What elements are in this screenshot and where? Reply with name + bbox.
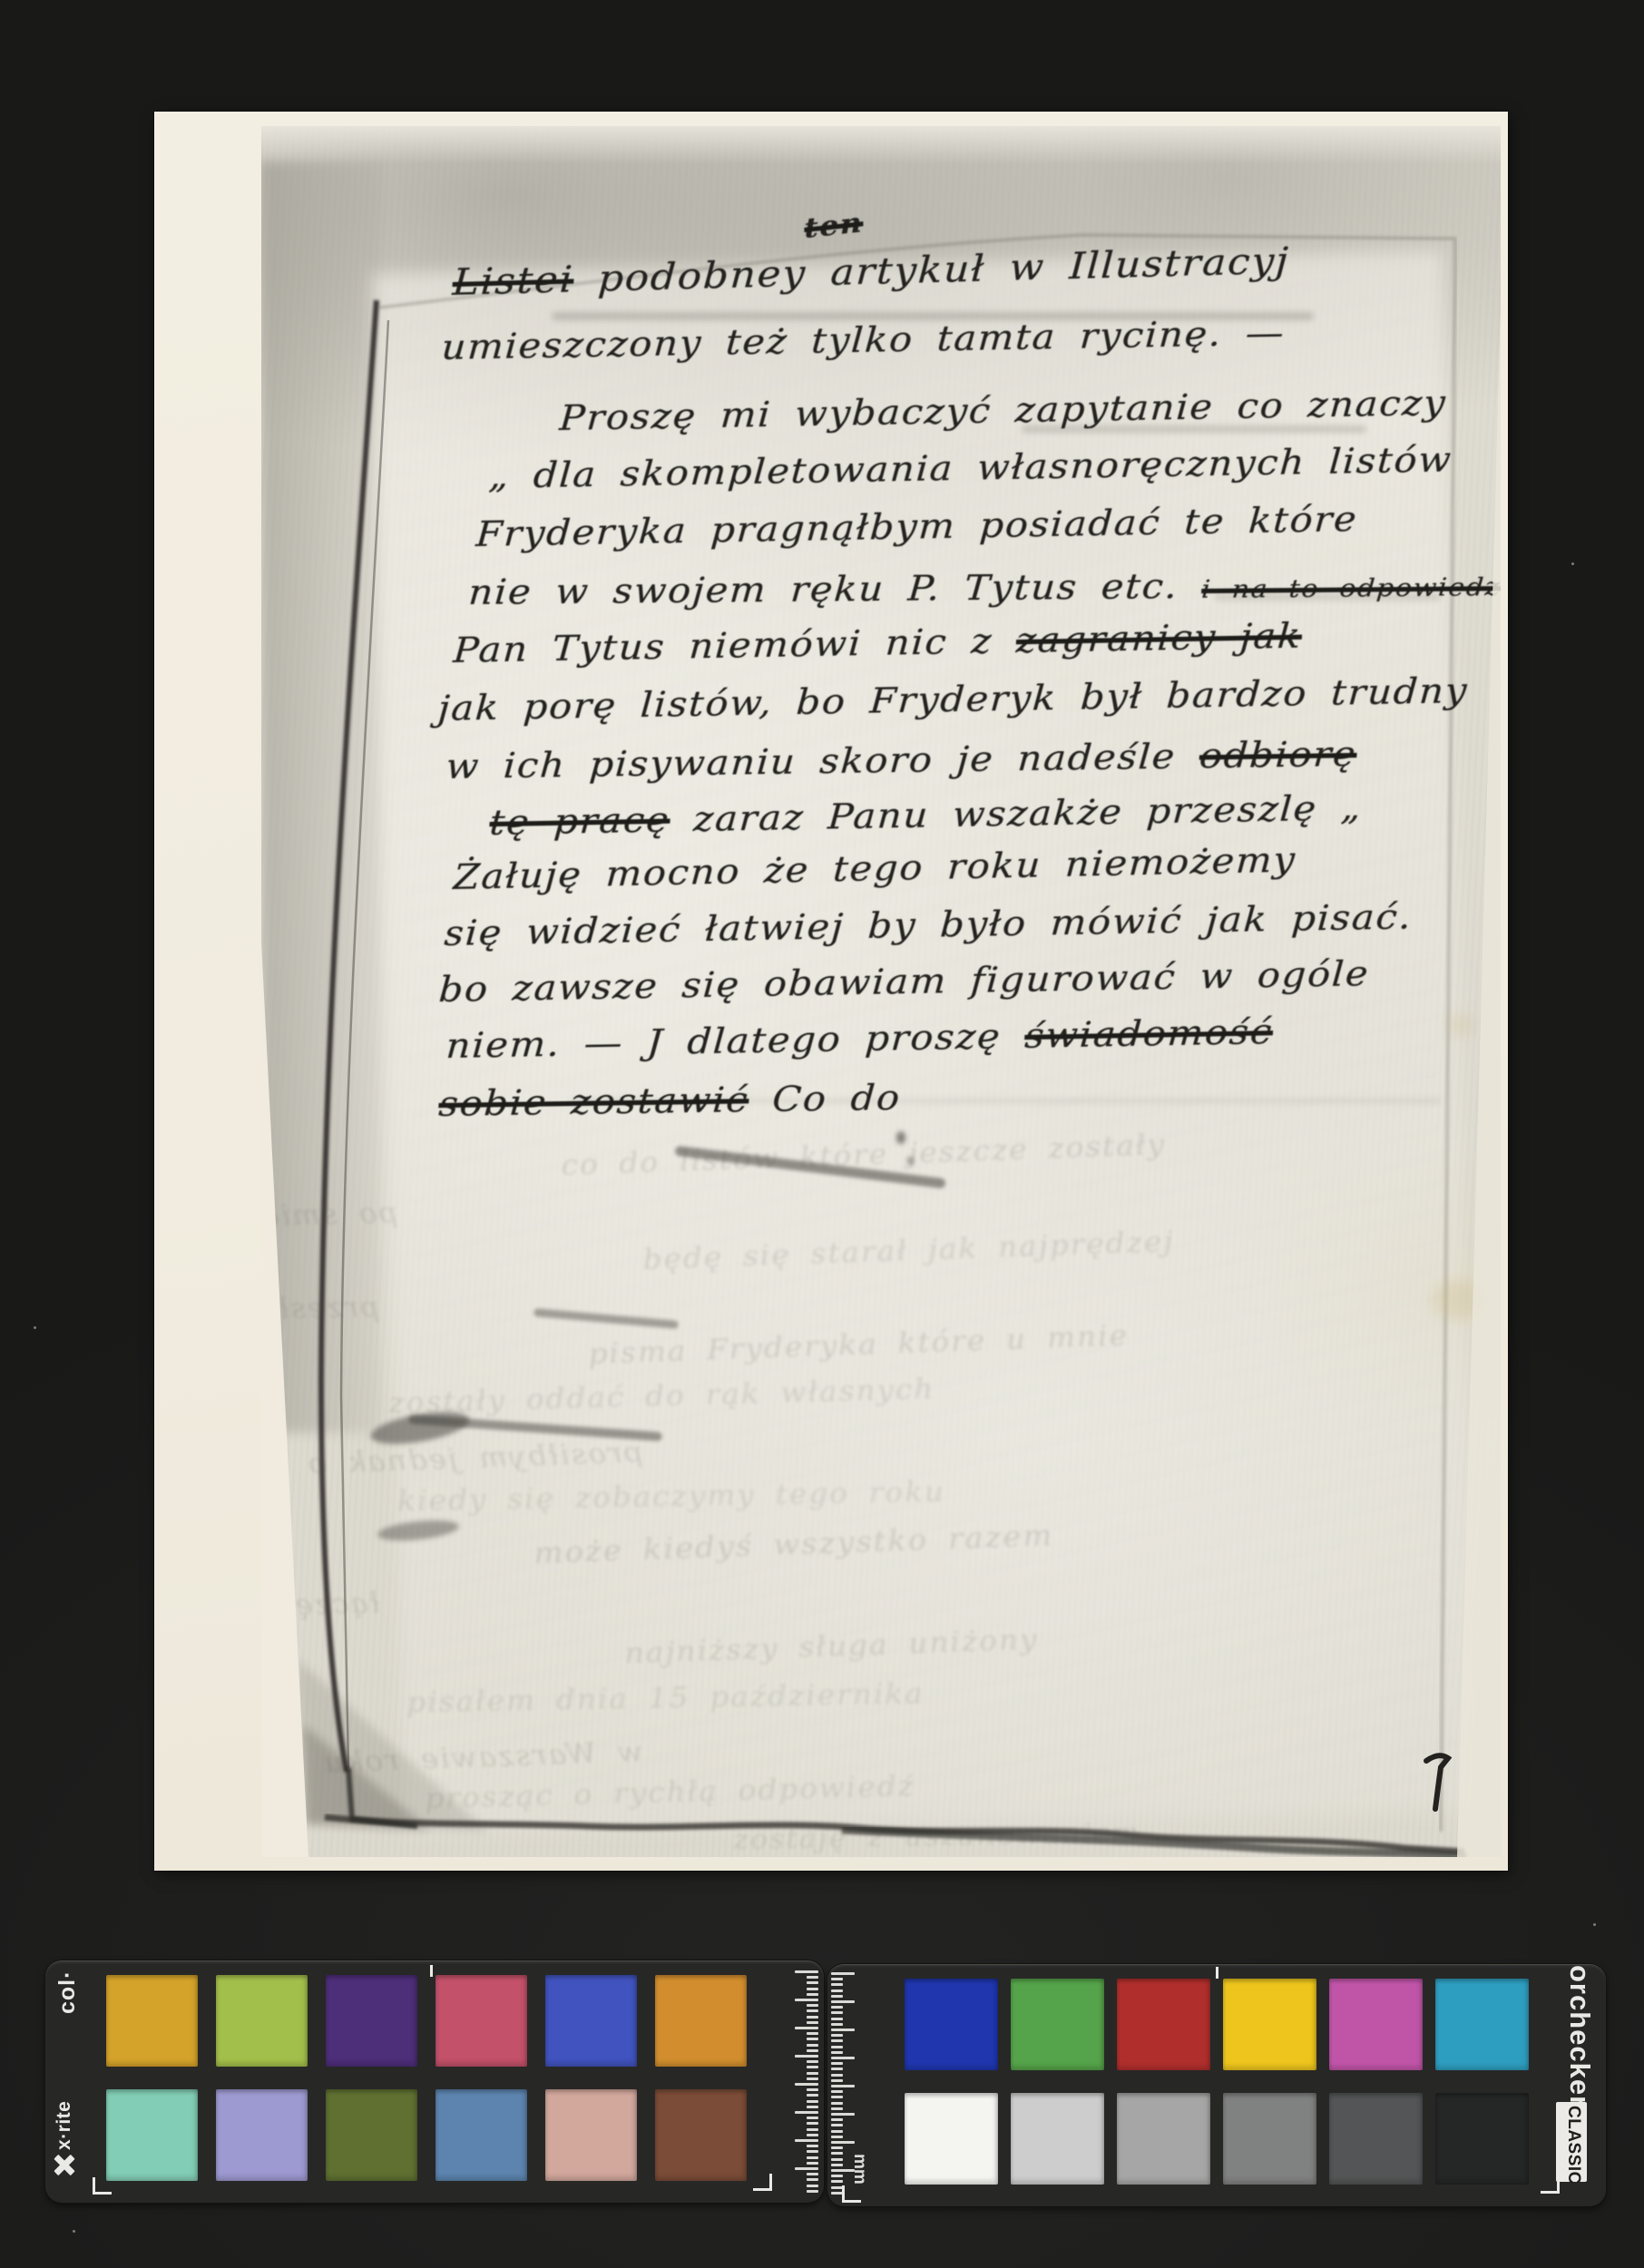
ruler-tick (831, 2096, 843, 2098)
patch-neutral-8 (1011, 2093, 1104, 2185)
ruler-tick (795, 2167, 818, 2170)
ruler-tick (807, 2009, 818, 2012)
colorchecker-left-half: col· x·rite (45, 1960, 824, 2203)
ruler-tick (795, 2083, 818, 2086)
patch-white (905, 2093, 998, 2185)
ruler-tick (831, 2113, 855, 2116)
ruler-tick (831, 2006, 843, 2009)
handwriting-line: ten (804, 207, 864, 245)
ruler-tick (831, 2051, 843, 2054)
ruler-tick (831, 2118, 843, 2121)
ruler-tick (807, 2178, 818, 2181)
ruler-tick (831, 2180, 843, 2183)
ruler-tick (807, 1993, 818, 1996)
patch-purple (326, 1975, 417, 2067)
dust-speck (34, 1326, 36, 1329)
patch-light-skin (545, 2089, 637, 2181)
registration-tick (430, 1965, 433, 1977)
ruler-tick (807, 2049, 818, 2052)
ruler-tick (831, 2057, 855, 2059)
ruler-tick (807, 2162, 818, 2165)
dust-speck (1571, 562, 1574, 565)
ruler-tick (807, 1976, 818, 1979)
patch-bluish-green (106, 2089, 198, 2181)
dust-speck (1593, 1923, 1596, 1926)
ruler-tick (807, 2128, 818, 2131)
ruler-tick (831, 2130, 843, 2133)
struck-text: i na to odpowiedzi (1200, 573, 1501, 604)
ruler-tick (831, 2102, 843, 2105)
ruler-tick (807, 2088, 818, 2091)
ruler-tick (831, 2186, 843, 2189)
classic-badge: CLASSIC (1556, 2102, 1587, 2182)
ruler-tick (807, 2173, 818, 2175)
handwritten-text: Co do (748, 1078, 902, 1119)
patch-red (1117, 1979, 1210, 2070)
ruler-tick (807, 2134, 818, 2136)
ruler-tick (807, 2066, 818, 2068)
struck-text: sobie zostawić (437, 1080, 750, 1124)
ruler-tick (831, 2141, 855, 2144)
ruler-tick (831, 2164, 843, 2166)
ruler-tick (831, 2011, 843, 2014)
patch-yellow-green (216, 1975, 308, 2067)
photo-paper: tenListei podobney artykuł w Illustracyj… (154, 112, 1508, 1871)
ruler-tick (807, 2072, 818, 2075)
ruler-tick (831, 2068, 843, 2070)
patch-foliage (326, 2089, 417, 2181)
ruler-tick (831, 2107, 843, 2110)
ruler-tick (831, 2152, 843, 2155)
patch-cyan (1435, 1979, 1529, 2070)
ruler-tick (807, 2004, 818, 2007)
ruler-tick (831, 1995, 843, 1998)
ruler-tick (807, 2106, 818, 2108)
ruler-tick (831, 2124, 843, 2126)
ruler-tick (831, 2018, 843, 2020)
patch-green (1011, 1979, 1104, 2070)
patch-dark-skin (655, 2089, 747, 2181)
corner-mark (1541, 2176, 1560, 2194)
patch-neutral-3-5 (1329, 2093, 1423, 2185)
patch-black (1435, 2093, 1529, 2185)
ruler-tick (831, 1972, 855, 1975)
ruler-tick (807, 2100, 818, 2103)
ruler-tick (831, 2192, 843, 2195)
archival-scan: tenListei podobney artykuł w Illustracyj… (0, 0, 1644, 2268)
ruler-tick (831, 2028, 855, 2031)
ruler-tick (831, 2062, 843, 2065)
xrite-logo-icon (54, 2154, 75, 2175)
patch-neutral-6-5 (1117, 2093, 1210, 2185)
classic-label: CLASSIC (1563, 2106, 1583, 2185)
corner-mark (842, 2185, 861, 2203)
ruler-tick (807, 2185, 818, 2187)
ruler-tick (831, 2169, 855, 2172)
patch-blue-sky (435, 2089, 527, 2181)
struck-text: Listei (452, 259, 575, 305)
ruler-tick (795, 2111, 818, 2114)
struck-text: tę pracę (488, 800, 670, 844)
patch-orange-yellow (106, 1975, 198, 2067)
ruler-tick (795, 2139, 818, 2142)
colorchecker-brand-partial-right: orchecker (1563, 1965, 1596, 2107)
ruler-tick (807, 2077, 818, 2080)
struck-text: odbiorę (1199, 734, 1358, 776)
ruler-tick (831, 2046, 843, 2048)
struck-text: zagranicy jak (1015, 616, 1303, 661)
patch-purplish-blue (545, 1975, 637, 2067)
ruler-tick (807, 2156, 818, 2159)
ruler-tick (831, 2023, 843, 2026)
ruler-tick (807, 2060, 818, 2063)
page-fold-line-2 (341, 320, 388, 1768)
patch-magenta (1329, 1979, 1423, 2070)
handwriting-line: sobie zostawić Co do (437, 1078, 902, 1124)
ruler-tick (831, 2175, 843, 2177)
ruler-tick (831, 2085, 855, 2087)
ruler-tick (795, 1999, 818, 2001)
ruler-tick (831, 1983, 843, 1986)
registration-tick (1216, 1967, 1218, 1979)
patch-moderate-red (435, 1975, 527, 2067)
ruler-tick (807, 1988, 818, 1990)
patch-blue (905, 1979, 998, 2070)
ruler-tick (807, 2150, 818, 2153)
xrite-brand-label: x·rite (54, 2101, 75, 2150)
ruler-tick (831, 2074, 843, 2077)
ink-mark-7 (1426, 1755, 1448, 1809)
ruler-tick (807, 2016, 818, 2019)
ruler-tick (831, 2146, 843, 2149)
struck-text: ten (804, 207, 864, 245)
ruler-tick (807, 2032, 818, 2035)
ruler-tick (807, 2021, 818, 2024)
ruler-tick (807, 2190, 818, 2193)
ruler-tick (807, 2038, 818, 2040)
ruler-tick (807, 2145, 818, 2147)
patch-yellow (1223, 1979, 1316, 2070)
ruler-tick (807, 2116, 818, 2119)
corner-mark (753, 2174, 772, 2191)
ruler-tick (831, 2136, 843, 2138)
ruler-tick (831, 2034, 843, 2037)
colorchecker-right-half: orchecker CLASSIC mm (827, 1964, 1606, 2206)
dust-speck (73, 2230, 75, 2233)
ruler-tick (807, 2044, 818, 2047)
handwritten-text: nie w swojem ręku P. Tytus etc. (467, 566, 1203, 612)
ruler-tick (831, 2000, 855, 2003)
ruler-tick (831, 2039, 843, 2042)
paper-stain (1446, 1013, 1475, 1037)
ruler-tick (807, 2122, 818, 2125)
patch-orange (655, 1975, 747, 2067)
ruler-tick (831, 2090, 843, 2093)
manuscript-photograph: tenListei podobney artykuł w Illustracyj… (261, 126, 1501, 1857)
page-fold-line (321, 300, 377, 1772)
ruler-tick (831, 1978, 843, 1980)
ruler-tick (831, 2079, 843, 2082)
colorchecker-brand-partial-left: col· (54, 1970, 81, 2014)
struck-text: świadomość (1023, 1012, 1274, 1056)
ruler-tick (831, 2158, 843, 2161)
ruler-tick (795, 2055, 818, 2058)
ruler-tick (795, 1970, 818, 1973)
patch-neutral-5 (1223, 2093, 1316, 2185)
ruler-tick (807, 1981, 818, 1984)
patch-blue-flower (216, 2089, 308, 2181)
ruler-tick (831, 1989, 843, 1992)
ruler-tick (795, 2027, 818, 2029)
ruler-tick (807, 2094, 818, 2097)
